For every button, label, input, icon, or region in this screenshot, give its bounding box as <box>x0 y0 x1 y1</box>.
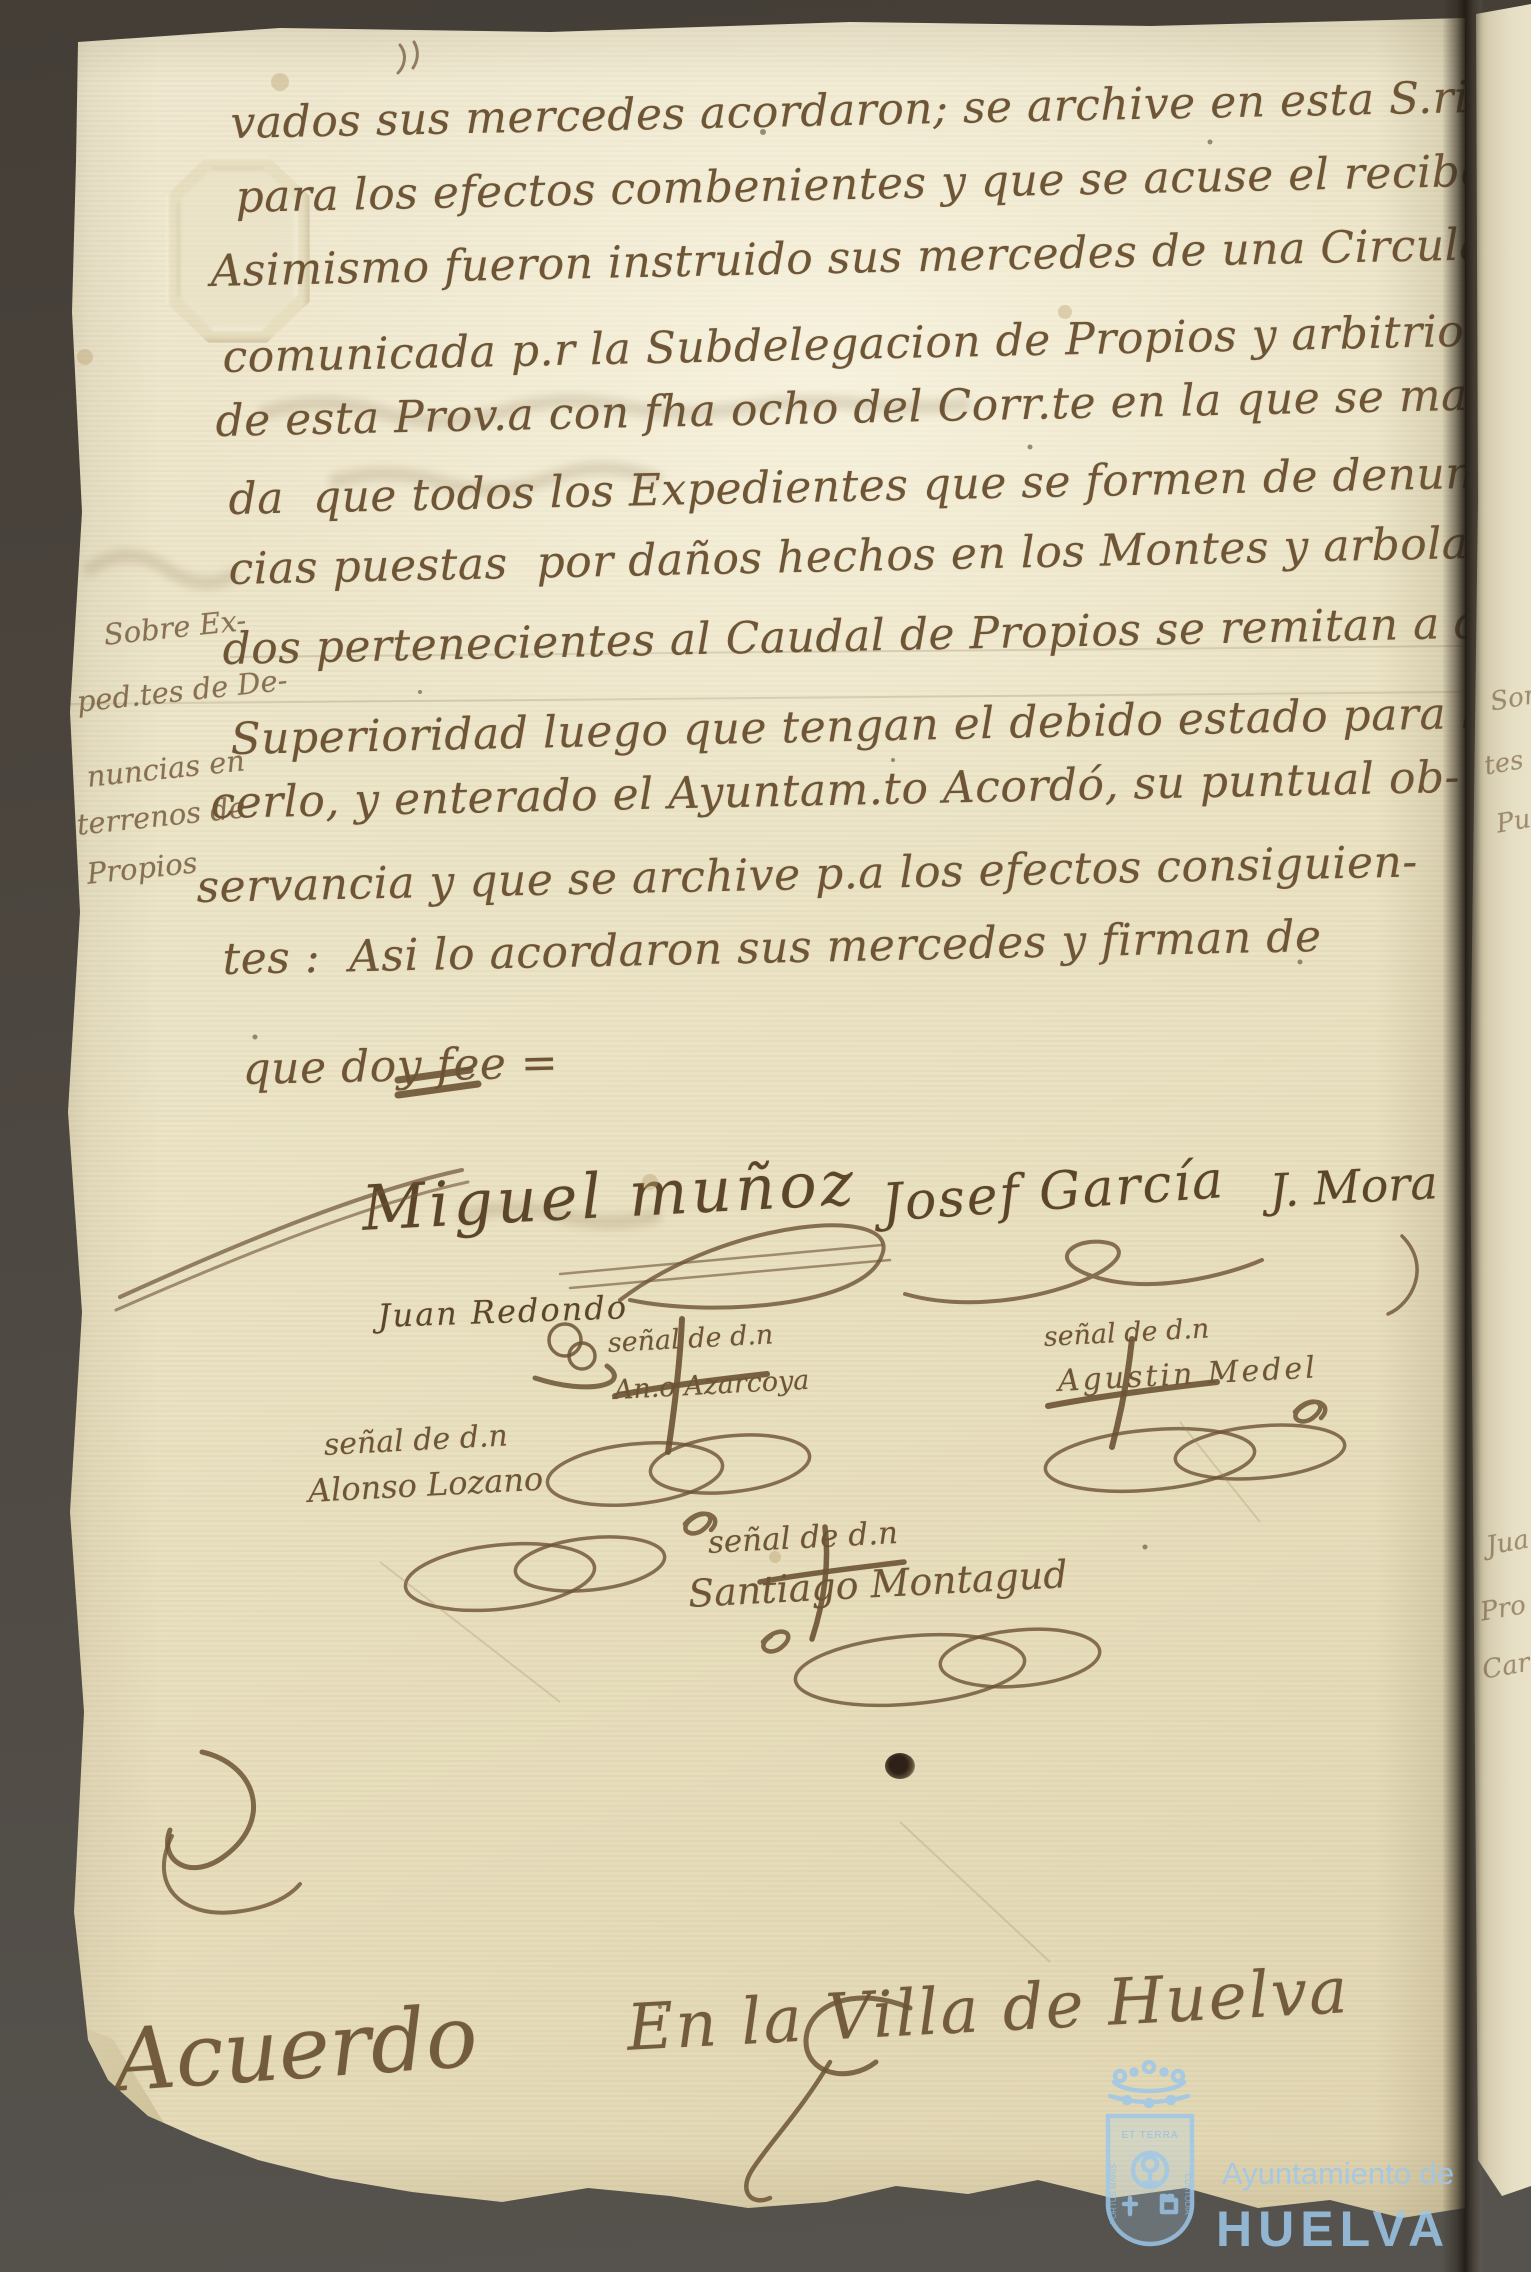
body-line-9: Superioridad luego que tengan el debido … <box>230 687 1531 765</box>
body-line-3: Asimismo fueron instruido sus mercedes d… <box>210 219 1508 297</box>
manuscript-page: Sobre Ex- ped.tes de De- nuncias en terr… <box>30 12 1465 2272</box>
body-line-4: comunicada p.r la Subdelegacion de Propi… <box>222 306 1488 383</box>
body-line-11: servancia y que se archive p.a los efect… <box>196 836 1418 913</box>
body-line-13: que doy fee = <box>242 1037 559 1095</box>
body-line-10: cerlo, y enterado el Ayuntam.to Acordó, … <box>210 752 1460 829</box>
signature-juan-redondo: Juan Redondo <box>377 1288 629 1335</box>
acuerdo-heading: Acuerdo <box>110 1987 481 2112</box>
body-line-7: cias puestas por daños hechos en los Mon… <box>228 518 1484 595</box>
second-page-text-fragment: Jua <box>1484 1525 1531 1562</box>
body-line-6: da que todos los Expedientes que se form… <box>228 448 1490 525</box>
senal-name: Alonso Lozano <box>307 1460 544 1510</box>
signature-miguel-munoz: Miguel muñoz <box>360 1146 859 1245</box>
margin-note-line: Propios <box>85 845 199 890</box>
archive-scan: Sor tes Pu Jua Pro Car Sobre Ex- ped.tes… <box>0 0 1531 2272</box>
senal-name: An.o Azarcoya <box>613 1365 810 1406</box>
place-line: En la Villa de Huelva <box>625 1954 1351 2066</box>
body-line-8: dos pertenecientes al Caudal de Propios … <box>222 596 1531 675</box>
body-line-1: vados sus mercedes acordaron; se archive… <box>230 72 1496 149</box>
body-line-2: para los efectos combenientes y que se a… <box>235 146 1488 223</box>
senal-label: señal de d.n <box>1043 1313 1210 1353</box>
ink-blot <box>885 1753 915 1779</box>
second-page-text-fragment: Pu <box>1494 804 1531 839</box>
second-page-text-fragment: tes <box>1482 745 1526 781</box>
senal-label: señal de d.n <box>607 1319 774 1359</box>
body-line-5: de esta Prov.a con fha ocho del Corr.te … <box>215 369 1513 447</box>
second-page-text-fragment: Pro <box>1478 1590 1528 1627</box>
body-line-12: tes : Asi lo acordaron sus mercedes y fi… <box>222 911 1322 985</box>
binding-gutter <box>1442 0 1484 2272</box>
senal-label: señal de d.n <box>707 1515 899 1561</box>
signature-josef-garcia: Josef García <box>880 1150 1227 1234</box>
second-page-text-fragment: Car <box>1480 1648 1531 1686</box>
senal-label: señal de d.n <box>323 1418 509 1463</box>
senal-name: Agustin Medel <box>1057 1350 1319 1399</box>
senal-name: Santiago Montagud <box>687 1552 1069 1616</box>
signature-j-mora: J. Mora <box>1268 1155 1439 1218</box>
second-page-text-fragment: Sor <box>1488 680 1531 718</box>
